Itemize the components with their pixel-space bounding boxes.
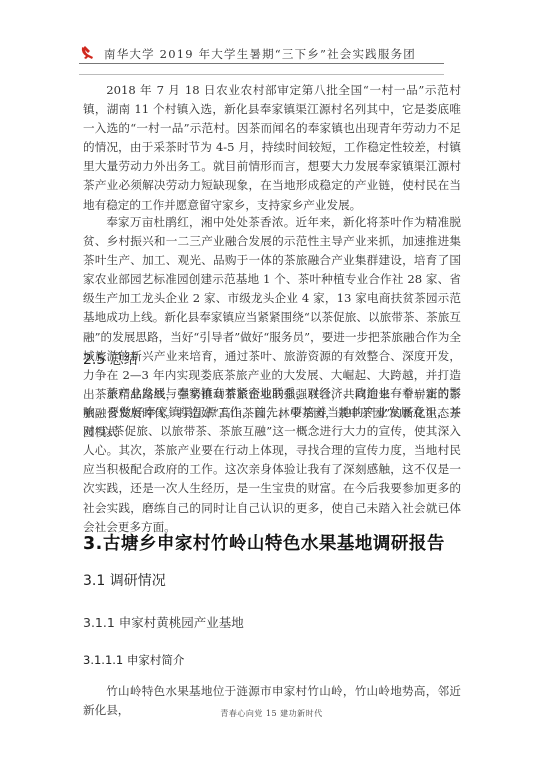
header-divider-secondary [79,74,444,75]
section-heading-3-1-1: 3.1.1 申家村黄桃园产业基地 [83,613,244,631]
document-page: 南华大学 2019 年大学生暑期“三下乡”社会实践服务团 2018 年 7 月 … [0,0,543,768]
chapter-heading-3: 3.古塘乡申家村竹岭山特色水果基地调研报告 [83,530,445,555]
section-heading-3-1: 3.1 调研情况 [83,570,166,590]
header-divider [79,63,444,64]
party-emblem-icon [79,44,95,60]
paragraph-1: 2018 年 7 月 18 日农业农村部审定第八批全国“一村一品”示范村镇，湖南… [83,81,461,215]
section-heading-2-5: 2.5 总结 [83,349,138,369]
paragraph-3: 茶产业发展与奉家镇有着紧密地联系，对经济、政治也有着一定的影响。要做好奉家镇渠江… [83,384,461,537]
section-heading-3-1-1-1: 3.1.1.1 申家村简介 [83,652,184,668]
header-title: 南华大学 2019 年大学生暑期“三下乡”社会实践服务团 [95,46,425,62]
page-footer: 青春心向党 15 建功新时代 [0,708,543,719]
